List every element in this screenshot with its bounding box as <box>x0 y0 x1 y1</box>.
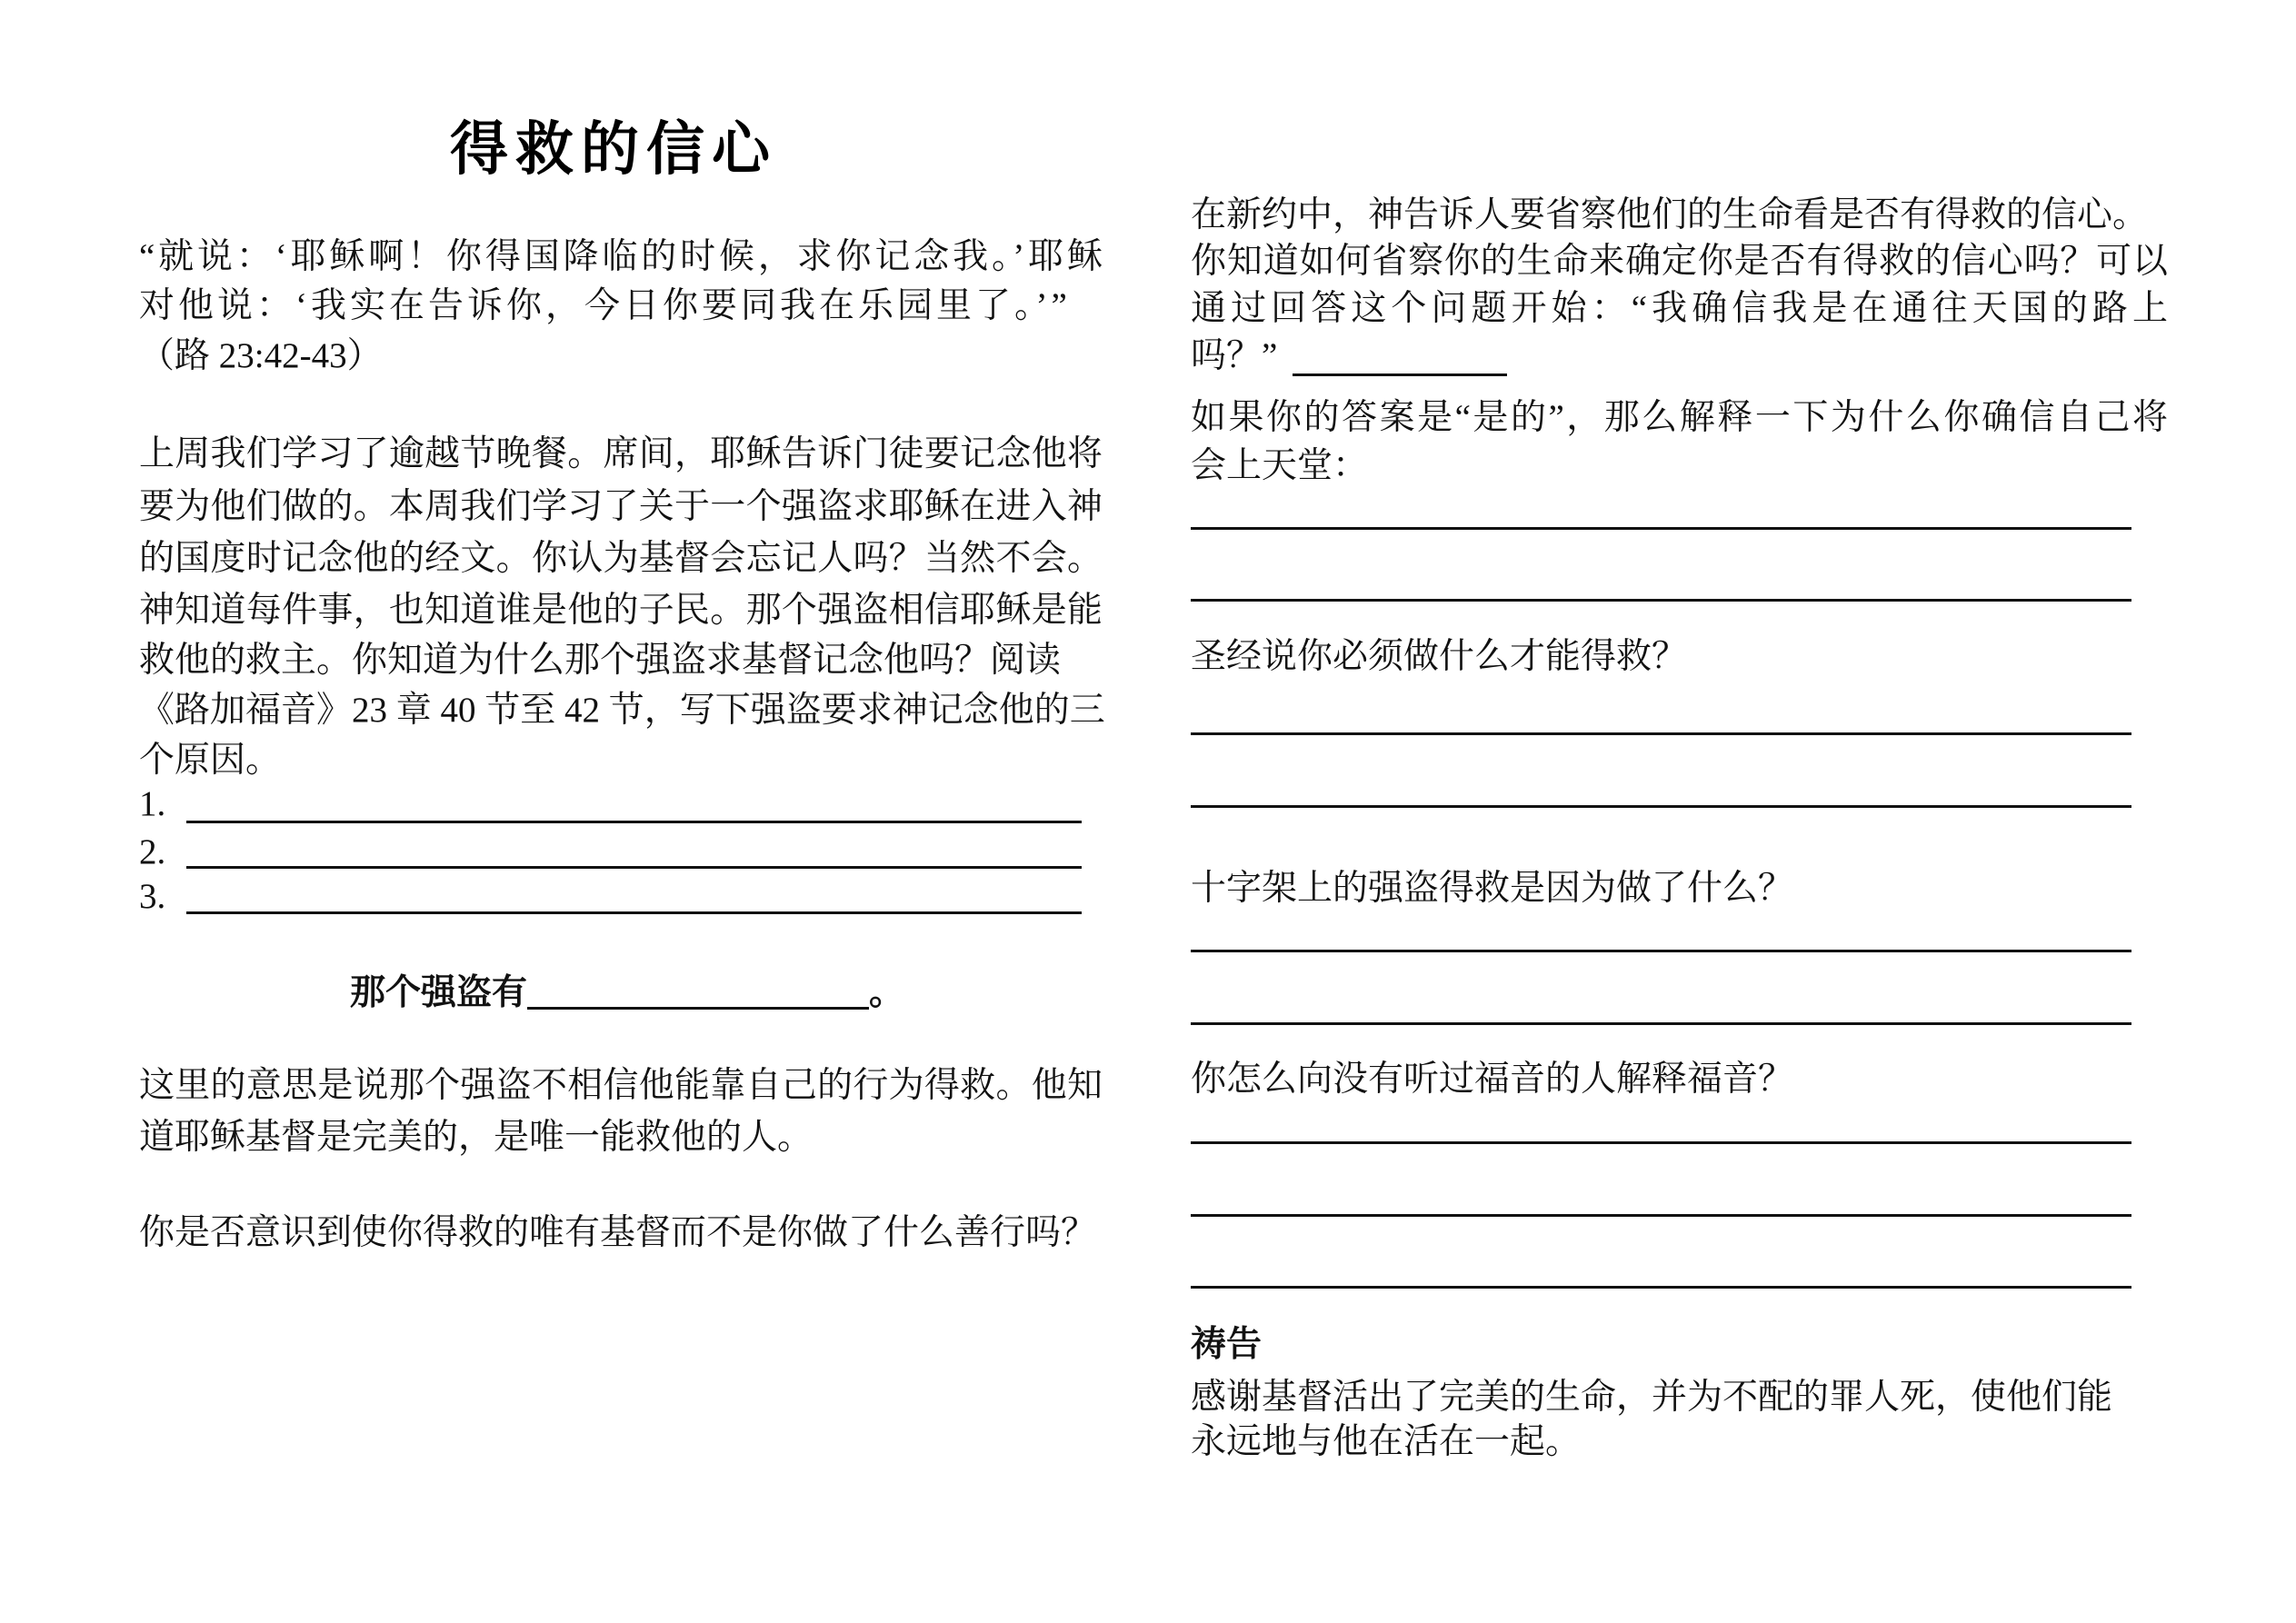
closing-question: 你是否意识到使你得救的唯有基督而不是你做了什么善行吗？ <box>139 1210 1103 1257</box>
if-yes-prompt-line: 会上天堂： <box>1191 443 2168 490</box>
prayer-line: 永远地与他在活在一起。 <box>1191 1419 2168 1466</box>
meaning-paragraph-line: 道耶稣基督是完美的，是唯一能救他的人。 <box>139 1114 1103 1161</box>
reason-number: 3. <box>139 873 165 921</box>
right-intro-line: 在新约中，神告诉人要省察他们的生命看是否有得救的信心。 <box>1191 192 2168 239</box>
reason-answer-line-3[interactable] <box>186 911 1082 914</box>
intro-paragraph-line: 的国度时记念他的经文。你认为基督会忘记人吗？当然不会。 <box>139 535 1103 582</box>
fill-in-blank[interactable] <box>527 971 869 1010</box>
worksheet-title: 得救的信心 <box>450 109 777 191</box>
intro-paragraph-line: 神知道每件事，也知道谁是他的子民。那个强盗相信耶稣是能 <box>139 587 1103 634</box>
prayer-heading: 祷告 <box>1191 1321 1262 1369</box>
if-yes-answer-line-1[interactable] <box>1191 527 2131 530</box>
yes-no-answer-blank[interactable] <box>1293 373 1507 376</box>
prayer-line: 感谢基督活出了完美的生命，并为不配的罪人死，使他们能 <box>1191 1374 2168 1421</box>
question-3-answer-line-1[interactable] <box>1191 1141 2131 1144</box>
fill-in-sentence: 那个强盗有。 <box>350 970 904 1017</box>
reason-answer-line-1[interactable] <box>186 821 1082 823</box>
question-2-answer-line-1[interactable] <box>1191 950 2131 952</box>
intro-paragraph-line: 上周我们学习了逾越节晚餐。席间，耶稣告诉门徒要记念他将 <box>139 431 1103 478</box>
scripture-reference: （路 23:42-43） <box>139 333 1103 380</box>
scripture-quote-line: “就说：‘耶稣啊！你得国降临的时候，求你记念我。’耶稣 <box>139 234 1103 281</box>
if-yes-prompt-line: 如果你的答案是“是的”，那么解释一下为什么你确信自己将 <box>1191 394 2168 442</box>
question-salvation-requirement: 圣经说你必须做什么才能得救？ <box>1191 633 2168 681</box>
intro-paragraph-line: 《路加福音》23 章 40 节至 42 节，写下强盗要求神记念他的三 <box>139 687 1103 734</box>
question-3-answer-line-3[interactable] <box>1191 1286 2131 1289</box>
question-1-answer-line-2[interactable] <box>1191 805 2131 808</box>
reason-number: 1. <box>139 781 165 828</box>
question-1-answer-line-1[interactable] <box>1191 732 2131 735</box>
question-explain-gospel: 你怎么向没有听过福音的人解释福音？ <box>1191 1056 2168 1103</box>
right-intro-line: 你知道如何省察你的生命来确定你是否有得救的信心吗？可以 <box>1191 238 2168 285</box>
intro-paragraph-line: 救他的救主。你知道为什么那个强盗求基督记念他吗？阅读 <box>139 637 1103 684</box>
fill-in-suffix: 。 <box>869 973 904 1012</box>
intro-paragraph-line: 个原因。 <box>139 737 1103 784</box>
question-2-answer-line-2[interactable] <box>1191 1022 2131 1025</box>
question-3-answer-line-2[interactable] <box>1191 1214 2131 1217</box>
question-thief-saved: 十字架上的强盗得救是因为做了什么？ <box>1191 865 2168 912</box>
if-yes-answer-line-2[interactable] <box>1191 599 2131 602</box>
reason-answer-line-2[interactable] <box>186 866 1082 869</box>
scripture-quote-line: 对他说：‘我实在告诉你，今日你要同我在乐园里了。’” <box>139 283 1103 330</box>
fill-in-prefix: 那个强盗有 <box>350 973 527 1012</box>
right-intro-line: 通过回答这个问题开始：“我确信我是在通往天国的路上 <box>1191 285 2168 333</box>
intro-paragraph-line: 要为他们做的。本周我们学习了关于一个强盗求耶稣在进入神 <box>139 483 1103 531</box>
reason-number: 2. <box>139 829 165 876</box>
meaning-paragraph-line: 这里的意思是说那个强盗不相信他能靠自己的行为得救。他知 <box>139 1062 1103 1110</box>
